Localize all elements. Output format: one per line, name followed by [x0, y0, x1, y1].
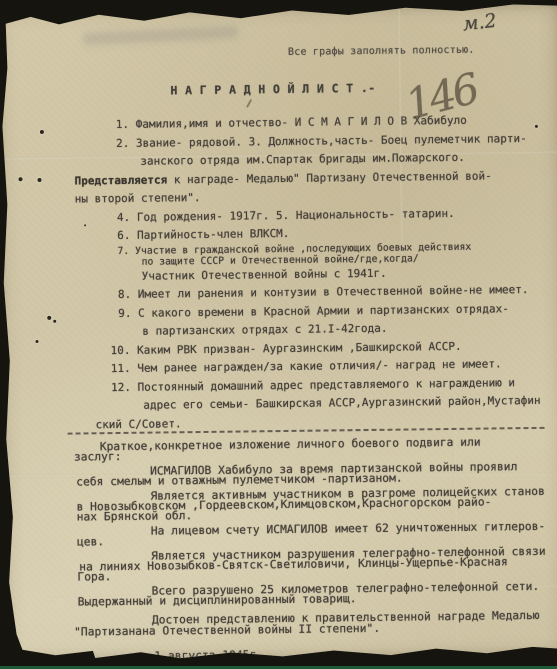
pin-hole	[47, 316, 51, 320]
scan-smudge	[83, 26, 238, 45]
fill-all-fields-note: Все графы заполнять полностью.	[288, 45, 475, 58]
summary-conclusion-paragraph: Достоен представлению к правительственно…	[68, 611, 557, 638]
scanned-award-sheet: м.2 Все графы заполнять полностью. Н А Г…	[0, 3, 557, 661]
pin-hole	[38, 178, 42, 182]
summary-line: Выдержанный и дисциплинированный товарищ…	[68, 592, 557, 608]
handwritten-corner-mark: м.2	[461, 10, 497, 36]
pencil-tick-mark	[246, 99, 252, 108]
award-form-fields: 1. Фамилия,имя и отчество- И С М А Г И Л…	[62, 111, 557, 435]
summary-paragraph: На лицевом счету ИСМАГИЛОВ имеет 62 унич…	[67, 521, 557, 548]
summary-paragraph: Всего разрушено 25 километров телеграфно…	[68, 581, 557, 608]
summary-paragraph: Является активным участником в разгроме …	[66, 486, 557, 523]
pin-hole	[53, 320, 56, 323]
pin-hole	[35, 340, 38, 343]
merit-summary: Краткое,конкретное изложение личного бое…	[66, 437, 557, 664]
summary-paragraph: Является участником разрушения телеграфн…	[67, 546, 557, 583]
summary-line: "Партизанана Отечественной войны II степ…	[68, 621, 557, 637]
summary-paragraph: ИСМАГИЛОВ Хабибуло за время партизанской…	[66, 461, 557, 488]
award-text: к награде- Медалью" Партизану Отечествен…	[167, 169, 492, 186]
pin-hole	[40, 130, 44, 134]
document-date: 1 августа 1945г.	[68, 646, 557, 664]
pin-hole	[18, 177, 22, 181]
award-label: Представляется	[74, 173, 167, 187]
document-title: Н А Г Р А Д Н О Й Л И С Т .-	[170, 81, 375, 98]
